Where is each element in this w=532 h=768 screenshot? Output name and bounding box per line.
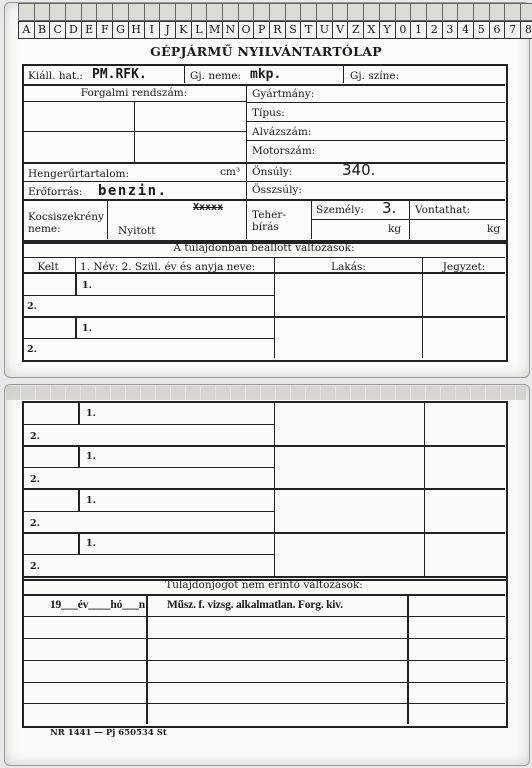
index-letter-cell: X [363,21,380,39]
divider [23,316,505,318]
index-letter-cell: 6 [489,21,506,39]
index-letter-cell: 8 [520,21,532,39]
osszsuly-label: Összsúly: [252,184,302,196]
onsuly-label: Önsúly: [252,166,292,178]
index-letter-cell: V [332,21,349,39]
divider [23,338,274,339]
divider [23,554,274,555]
motorszam-label: Motorszám: [252,145,315,157]
gj-neme-value: mkp. [250,67,281,82]
divider [75,316,77,338]
index-letter-cell: I [144,21,161,39]
divider [23,295,274,296]
divider [184,65,185,83]
vontathat-kg-unit: kg [487,223,500,235]
divider [78,489,80,511]
index-punch-cell [457,3,474,21]
index-punch-cell [379,3,396,21]
divider [23,594,505,596]
divider [23,162,505,164]
index-punch-cell [489,3,506,21]
owner-entry-line-1: 1. [82,323,92,334]
divider [23,488,505,490]
divider [23,424,274,425]
index-letter-cell: O [238,21,255,39]
index-letter-cell: A [18,21,35,39]
divider [23,445,505,447]
owner-entry-line-1: 1. [86,495,96,506]
index-punch-cell [222,3,239,21]
index-punch-cell [332,3,349,21]
owner-entry-line-2: 2. [27,344,37,355]
divider [23,660,505,661]
kocsiszekreny-label-line1: Kocsiszekrény [28,211,104,223]
index-letter-cell: L [191,21,208,39]
divider [23,181,505,182]
owner-entry-line-2: 2. [30,431,40,442]
divider [23,257,505,258]
owner-entry-line-1: 1. [86,408,96,419]
index-letter-cell: Z [347,21,364,39]
teherbiras-label-line2: bírás [252,221,279,233]
tipus-label: Típus: [252,107,285,119]
divider [246,200,247,239]
divider [134,102,135,163]
index-punch-cell [285,3,302,21]
index-letter-cell: Y [379,21,396,39]
owner-entry-line-1: 1. [86,451,96,462]
divider [23,532,505,534]
gj-neme-label: Gj. neme: [190,70,241,82]
index-letter-cell: P [253,21,270,39]
divider [23,467,274,468]
index-punch-cell [191,3,208,21]
divider [75,273,77,295]
forgalmi-rendszam-label: Forgalmi rendszám: [23,87,245,99]
index-punch-cell [96,3,113,21]
index-punch-cell [426,3,443,21]
divider [23,272,505,274]
divider [23,638,505,639]
owner-entry-line-2: 2. [27,301,37,312]
hengerurtartalom-label: Hengerűrtartalom: [28,168,129,180]
index-punch-cell [65,3,82,21]
index-letter-cell: E [81,21,98,39]
divider [247,140,505,141]
szemely-value: 3. [382,199,396,217]
divider [23,84,505,86]
divider [246,85,247,163]
index-letter-cell: J [159,21,176,39]
index-letter-cell: N [222,21,239,39]
index-letter-cell: D [65,21,82,39]
index-letter-cell: T [300,21,317,39]
index-letter-cell: B [34,21,51,39]
divider [78,445,80,467]
index-punch-cell [253,3,270,21]
divider [78,402,80,424]
index-punch-cell [442,3,459,21]
owner-entry-line-2: 2. [30,561,40,572]
index-letter-cell: C [49,21,66,39]
index-letter-cell: 0 [395,21,412,39]
owner-entry-line-2: 2. [30,518,40,529]
divider [23,703,505,704]
teherbiras-label-line1: Teher- [252,209,286,221]
owner-entry-line-1: 1. [86,538,96,549]
index-strip-punch-row [19,3,532,21]
index-punch-cell [18,3,35,21]
index-letter-cell: F [96,21,113,39]
index-punch-cell [347,3,364,21]
index-letter-cell: U [316,21,333,39]
divider [312,219,505,220]
kocsiszekreny-struck-value: Xxxxx [193,202,223,213]
index-punch-cell [504,3,521,21]
divider [78,532,80,554]
index-punch-cell [300,3,317,21]
index-punch-cell [144,3,161,21]
index-punch-cell [238,3,255,21]
index-letter-cell: 3 [442,21,459,39]
index-letter-cell: 2 [426,21,443,39]
divider [247,121,505,122]
index-punch-cell [395,3,412,21]
print-code: NR 1441 — Pj 650534 St [50,728,167,738]
divider [23,616,505,617]
kocsiszekreny-label-line2: neme: [28,223,61,235]
index-punch-cell [34,3,51,21]
gj-szine-label: Gj. színe: [350,70,399,82]
szemely-label: Személy: [316,204,364,216]
divider [247,102,505,103]
divider [23,682,505,683]
index-punch-cell [175,3,192,21]
index-punch-cell [128,3,145,21]
index-punch-cell [410,3,427,21]
kocsiszekreny-value: Nyitott [118,225,155,237]
index-letter-cell: 5 [473,21,490,39]
index-punch-cell [112,3,129,21]
szemely-kg-unit: kg [388,223,401,235]
ownership-changes-table-top [22,240,508,362]
index-punch-cell [473,3,490,21]
eroforras-value: benzin. [98,183,168,199]
index-punch-cell [159,3,176,21]
index-strip-letters: ABCDEFGHIJKLMNOPRSTUVZXY0123456789 [19,21,532,39]
index-letter-cell: 1 [410,21,427,39]
eroforras-label: Erőforrás: [28,186,82,198]
index-letter-cell: G [112,21,129,39]
onsuly-value: 340. [342,161,375,179]
stamp-date: 19___év____hó___n [50,599,145,611]
kiall-hat-label: Kiáll. hat.: [28,70,83,82]
divider [23,131,246,132]
form-title: GÉPJÁRMŰ NYILVÁNTARTÓLAP [0,44,532,59]
non-ownership-changes-title: Tulajdonjogot nem érintő változások: [23,579,505,591]
stamp-text: Műsz. f. vizsg. alkalmatlan. Forg. kiv. [167,599,343,611]
index-punch-cell [81,3,98,21]
index-punch-cell [49,3,66,21]
index-letter-cell: R [269,21,286,39]
divider [23,511,274,512]
divider [75,258,76,272]
index-punch-cell [520,3,532,21]
index-letter-cell: M [206,21,223,39]
index-letter-cell: K [175,21,192,39]
index-letter-cell: 4 [457,21,474,39]
alvazszam-label: Alvázszám: [252,126,311,138]
gyartmany-label: Gyártmány: [252,88,314,100]
divider [107,200,108,239]
vontathat-label: Vontathat: [415,204,470,216]
index-punch-cell [363,3,380,21]
divider [23,199,505,201]
index-letter-cell: 7 [504,21,521,39]
index-letter-cell: S [285,21,302,39]
index-strip-bleed [6,386,526,400]
index-punch-cell [269,3,286,21]
index-punch-cell [206,3,223,21]
owner-entry-line-2: 2. [30,474,40,485]
owner-entry-line-1: 1. [82,280,92,291]
ownership-changes-title: A tulajdonban beállott változások: [23,242,505,254]
cm3-unit: cm³ [220,166,240,178]
divider [343,65,344,83]
index-letter-cell: H [128,21,145,39]
index-punch-cell [316,3,333,21]
kiall-hat-value: PM.RFK. [92,67,147,82]
